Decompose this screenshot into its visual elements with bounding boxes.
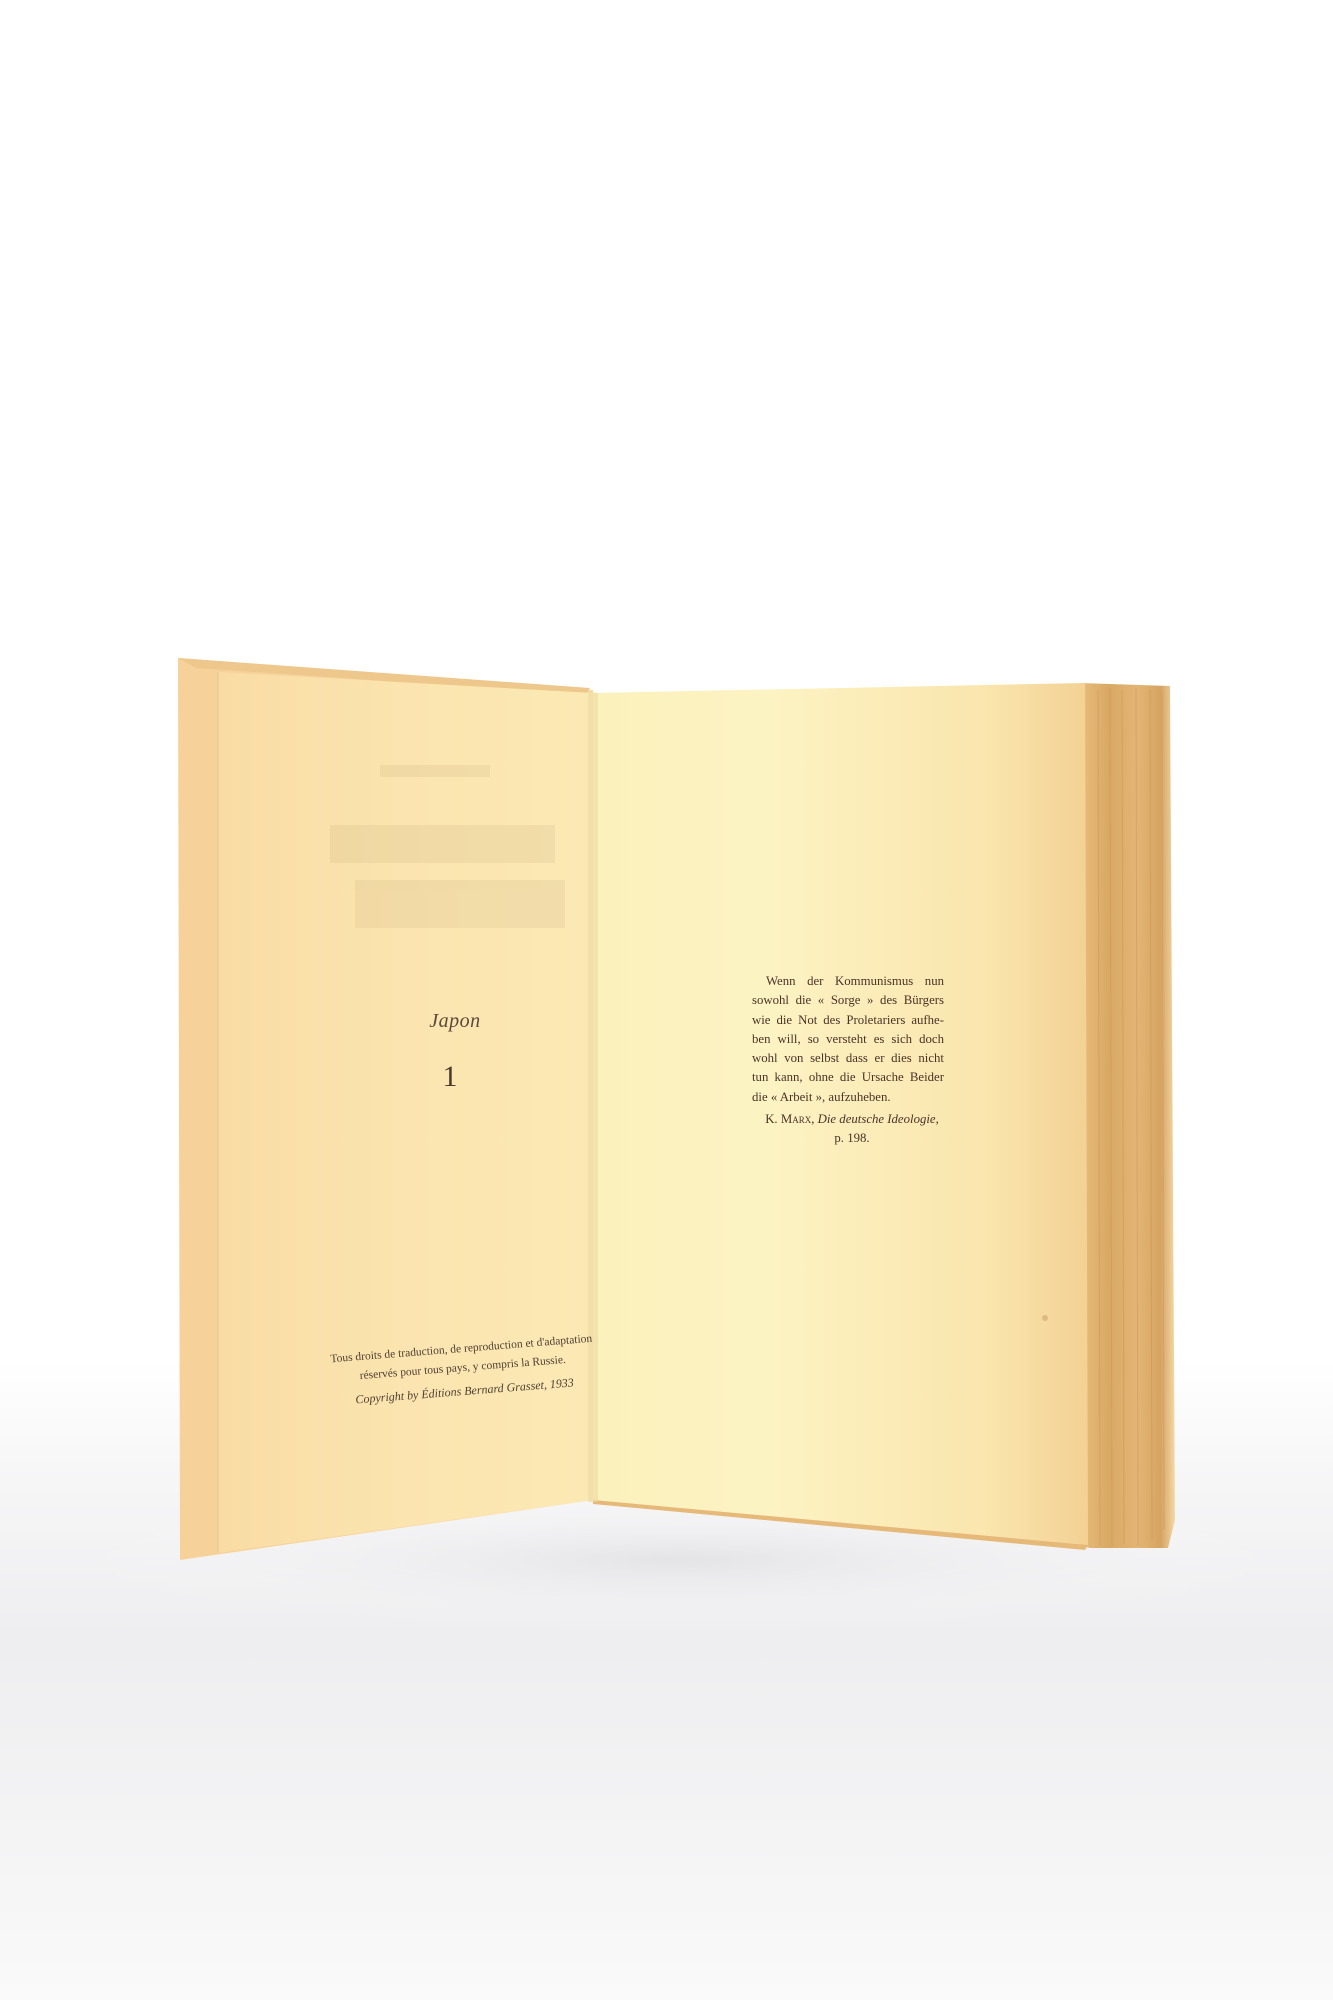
epigraph-line: wohl von selbst dass er dies nicht [752, 1049, 944, 1068]
series-title: Japon [400, 1010, 510, 1033]
volume-number: 1 [420, 1060, 480, 1094]
epigraph-line: wie die Not des Proletariers aufhe- [752, 1011, 944, 1030]
epigraph-work: Die deutsche Ideologie, [818, 1112, 939, 1126]
epigraph-line: ben will, so versteht es sich doch [752, 1030, 944, 1049]
epigraph-line: Wenn der Kommunismus nun [752, 972, 944, 991]
epigraph-attribution: K. Marx, Die deutsche Ideologie, p. 198. [752, 1110, 952, 1148]
epigraph-line: sowohl die « Sorge » des Bürgers [752, 991, 944, 1010]
epigraph-author: K. Marx, [765, 1112, 814, 1126]
epigraph-page-ref: p. 198. [752, 1129, 952, 1148]
epigraph-quote: Wenn der Kommunismus nun sowohl die « So… [752, 972, 944, 1107]
epigraph-line: tun kann, ohne die Ursache Beider [752, 1068, 944, 1087]
photo-scene: Japon 1 Tous droits de traduction, de re… [0, 0, 1333, 2000]
open-book-illustration [0, 0, 1333, 2000]
epigraph-line: die « Arbeit », aufzuheben. [752, 1088, 944, 1107]
